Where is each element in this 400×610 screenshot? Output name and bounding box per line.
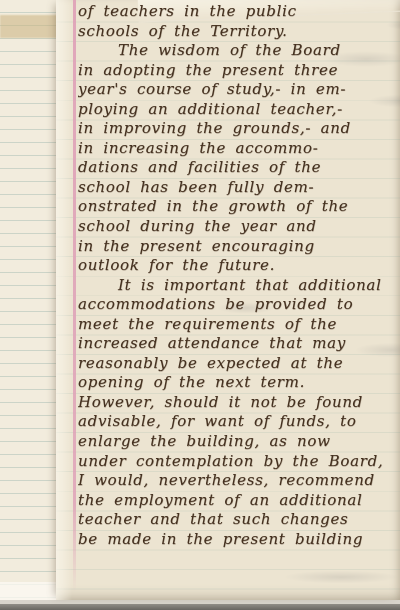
manuscript-line: under contemplation by the Board,	[78, 452, 397, 472]
manuscript-line: opening of the next term.	[78, 373, 397, 393]
scanned-manuscript-page: of teachers in the public schools of the…	[0, 0, 400, 610]
manuscript-line: the employment of an additional	[78, 491, 397, 511]
manuscript-line: However, should it not be found	[78, 393, 397, 413]
manuscript-line: meet the requirements of the	[78, 315, 397, 335]
left-page-bottom-highlight	[0, 582, 62, 600]
manuscript-line: enlarge the building, as now	[78, 432, 397, 452]
manuscript-line: The wisdom of the Board	[78, 41, 397, 61]
manuscript-line: in adopting the present three	[78, 61, 397, 81]
margin-line	[73, 0, 76, 592]
page-gutter	[56, 0, 72, 600]
main-page: of teachers in the public schools of the…	[56, 0, 400, 600]
manuscript-line: onstrated in the growth of the	[78, 197, 397, 217]
manuscript-line: be made in the present building	[78, 530, 397, 550]
left-page-edge	[0, 0, 62, 600]
manuscript-line: I would, nevertheless, recommend	[78, 471, 397, 491]
manuscript-line: school has been fully dem-	[78, 178, 397, 198]
manuscript-line: teacher and that such changes	[78, 510, 397, 530]
manuscript-line: year's course of study,- in em-	[78, 80, 397, 100]
manuscript-text: of teachers in the public schools of the…	[78, 2, 397, 554]
manuscript-line: ploying an additional teacher,-	[78, 100, 397, 120]
manuscript-line: in improving the grounds,- and	[78, 119, 397, 139]
manuscript-line: dations and facilities of the	[78, 158, 397, 178]
manuscript-line: school during the year and	[78, 217, 397, 237]
manuscript-line: outlook for the future.	[78, 256, 397, 276]
scan-bottom-edge	[0, 604, 400, 610]
manuscript-line: in increasing the accommo-	[78, 139, 397, 159]
manuscript-line: of teachers in the public	[78, 2, 397, 22]
manuscript-line: advisable, for want of funds, to	[78, 412, 397, 432]
manuscript-line: It is important that additional	[78, 276, 397, 296]
left-page-tan-band	[0, 15, 62, 38]
manuscript-line: reasonably be expected at the	[78, 354, 397, 374]
manuscript-line: in the present encouraging	[78, 237, 397, 257]
manuscript-line: increased attendance that may	[78, 334, 397, 354]
manuscript-line: accommodations be provided to	[78, 295, 397, 315]
manuscript-line: schools of the Territory.	[78, 22, 397, 42]
